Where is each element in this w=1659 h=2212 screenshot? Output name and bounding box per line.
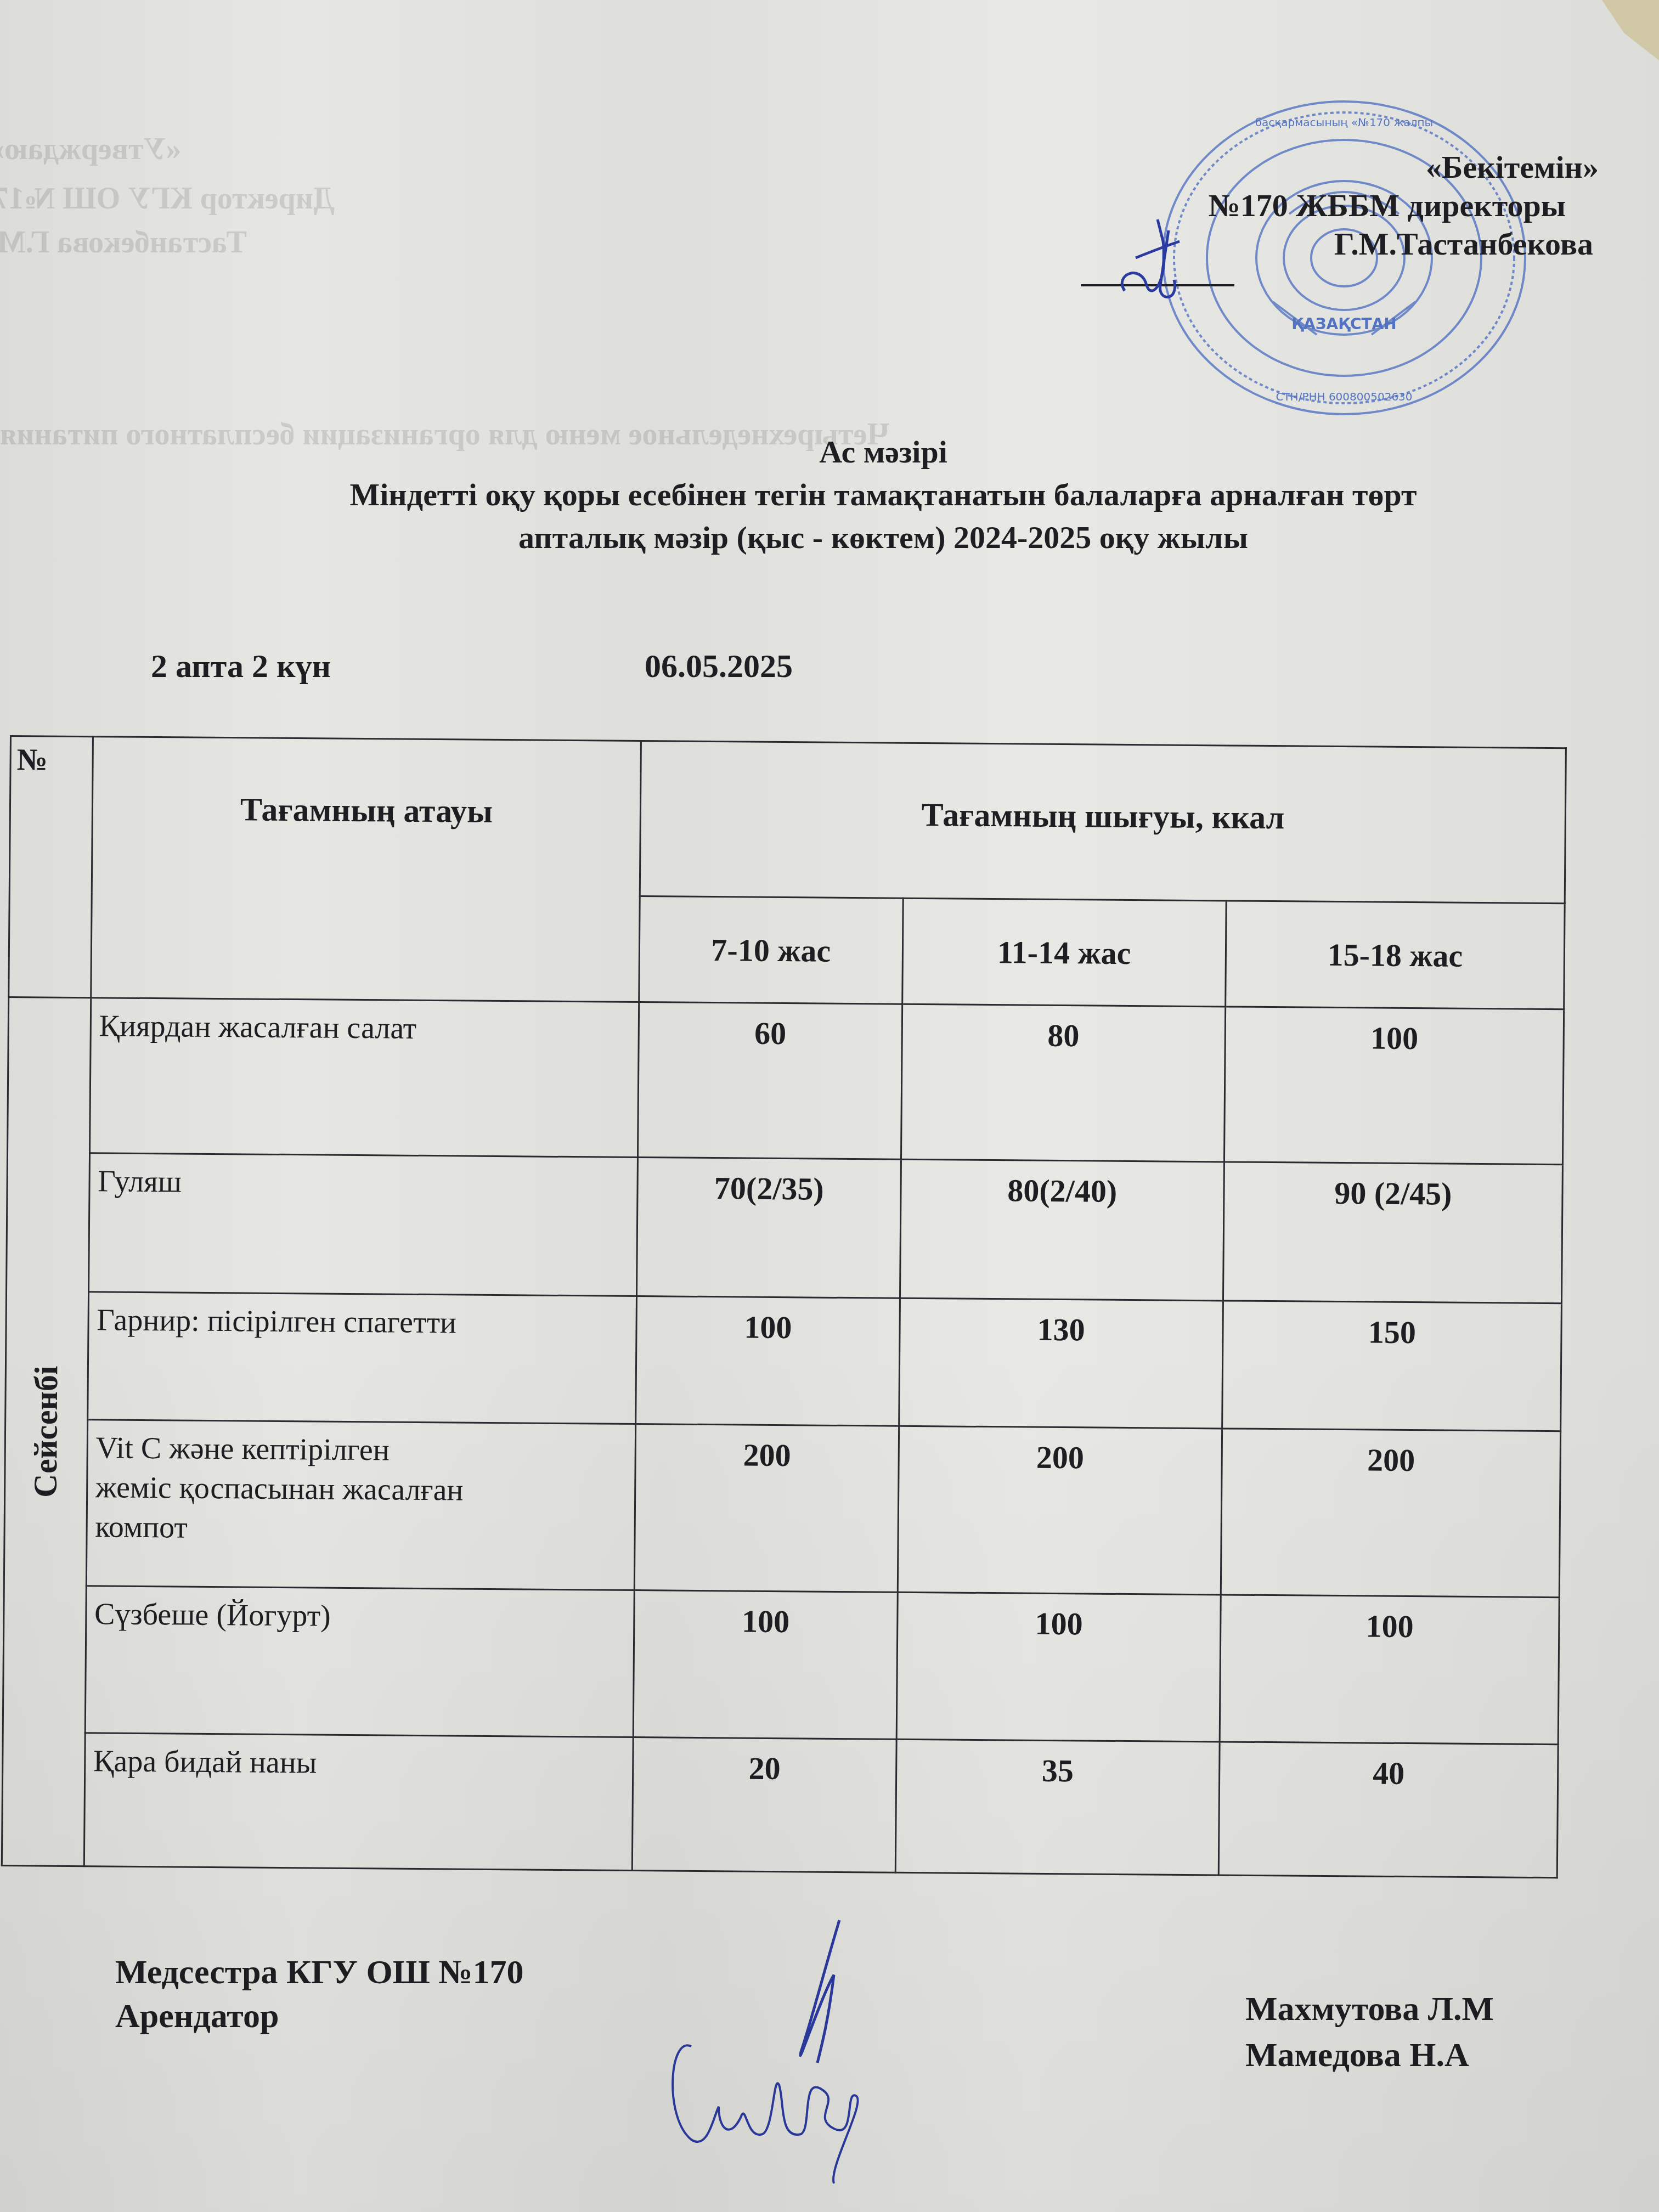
dish-name: Қиярдан жасалған салат xyxy=(89,998,639,1158)
footer-names: Махмутова Л.М Мамедова Н.А xyxy=(1245,1986,1494,2078)
header-number: № xyxy=(9,736,93,998)
footer-tenant-role: Арендатор xyxy=(115,1994,524,2038)
value-7-10: 200 xyxy=(634,1424,899,1592)
header-output-label: Тағамның шығуы, ккал xyxy=(641,742,1565,902)
value-11-14: 80(2/40) xyxy=(900,1159,1224,1301)
value-15-18: 40 xyxy=(1218,1742,1558,1878)
signature-icon xyxy=(658,1909,933,2194)
director-signature-icon xyxy=(1103,208,1212,318)
svg-text:СТН/РНН 600800502630: СТН/РНН 600800502630 xyxy=(1276,390,1412,403)
svg-text:ҚАЗАҚСТАН: ҚАЗАҚСТАН xyxy=(1291,315,1396,333)
menu-subtitle-line1: Міндетті оқу қоры есебінен тегін тамақта… xyxy=(170,473,1596,516)
table-row: Гарнир: пісірілген спагетти 100 130 150 xyxy=(5,1291,1562,1431)
header-dish-name-label: Тағамның атауы xyxy=(93,737,641,832)
value-15-18: 100 xyxy=(1224,1007,1564,1165)
value-11-14: 200 xyxy=(898,1426,1222,1595)
value-7-10: 20 xyxy=(632,1737,896,1872)
value-15-18: 100 xyxy=(1220,1595,1559,1745)
approval-block: «Бекітемін» №170 ЖББМ директоры Г.М.Таст… xyxy=(1208,148,1599,263)
value-11-14: 35 xyxy=(895,1739,1220,1875)
table-header-row: № Тағамның атауы Тағамның шығуы, ккал xyxy=(9,736,1566,904)
menu-subtitle-line2: апталық мәзір (қыс - көктем) 2024-2025 о… xyxy=(170,516,1596,559)
table-row: Сүзбеше (Йогурт) 100 100 100 xyxy=(3,1585,1559,1744)
header-age-7-10: 7-10 жас xyxy=(639,896,903,1005)
table-row: Қара бидай наны 20 35 40 xyxy=(2,1732,1558,1877)
footer-nurse-role: Медсестра КГУ ОШ №170 xyxy=(115,1950,524,1994)
week-day-label: 2 апта 2 күн xyxy=(151,648,331,684)
value-7-10: 60 xyxy=(638,1002,902,1160)
menu-title-block: Ас мәзірі Міндетті оқу қоры есебінен тег… xyxy=(170,431,1596,559)
table-row: Vit C және кептірілген жеміс қоспасынан … xyxy=(4,1419,1560,1597)
header-age-15-18: 15-18 жас xyxy=(1226,901,1565,1009)
header-dish-name: Тағамның атауы xyxy=(91,737,641,1002)
svg-text:басқармасының «№170 жалпы: басқармасының «№170 жалпы xyxy=(1255,116,1434,129)
footer-nurse-name: Махмутова Л.М xyxy=(1245,1986,1494,2032)
table-row: Гуляш 70(2/35) 80(2/40) 90 (2/45) xyxy=(7,1152,1563,1303)
dish-name: Vit C және кептірілген жеміс қоспасынан … xyxy=(86,1420,636,1590)
document-page: «Утверждаю» Директор КГУ ОШ №170 Тастанб… xyxy=(0,0,1659,2212)
value-7-10: 100 xyxy=(633,1590,898,1739)
value-15-18: 90 (2/45) xyxy=(1223,1162,1562,1304)
menu-table: № Тағамның атауы Тағамның шығуы, ккал 7-… xyxy=(1,735,1567,1878)
footer-roles: Медсестра КГУ ОШ №170 Арендатор xyxy=(115,1950,524,2038)
approval-label: «Бекітемін» xyxy=(1208,148,1599,187)
value-11-14: 100 xyxy=(896,1592,1221,1742)
week-day-line: 2 апта 2 күн 06.05.2025 xyxy=(151,647,331,685)
dish-name: Гуляш xyxy=(88,1153,637,1296)
value-7-10: 100 xyxy=(636,1296,900,1426)
bleed-through-text: Тастанбекова Г.М. xyxy=(0,225,247,260)
menu-title: Ас мәзірі xyxy=(170,431,1596,473)
approval-name: Г.М.Тастанбекова xyxy=(1208,225,1593,263)
dish-name: Сүзбеше (Йогурт) xyxy=(85,1586,634,1737)
header-output: Тағамның шығуы, ккал xyxy=(640,741,1566,904)
value-11-14: 130 xyxy=(899,1298,1223,1429)
dish-name: Гарнир: пісірілген спагетти xyxy=(88,1292,637,1424)
value-7-10: 70(2/35) xyxy=(637,1158,901,1299)
bleed-through-text: Директор КГУ ОШ №170 xyxy=(0,181,335,216)
header-age-11-14: 11-14 жас xyxy=(902,898,1226,1007)
footer-tenant-name: Мамедова Н.А xyxy=(1245,2032,1494,2078)
menu-date: 06.05.2025 xyxy=(645,647,793,685)
value-15-18: 150 xyxy=(1222,1301,1562,1431)
day-cell: Сейсенбі xyxy=(2,997,91,1866)
bleed-through-text: «Утверждаю» xyxy=(0,132,182,167)
approval-position: №170 ЖББМ директоры xyxy=(1208,187,1566,225)
value-15-18: 200 xyxy=(1221,1429,1561,1598)
value-11-14: 80 xyxy=(901,1004,1225,1162)
day-label: Сейсенбі xyxy=(27,1365,66,1498)
table-row: Сейсенбі Қиярдан жасалған салат 60 80 10… xyxy=(8,997,1564,1164)
dish-name: Қара бидай наны xyxy=(84,1733,633,1871)
